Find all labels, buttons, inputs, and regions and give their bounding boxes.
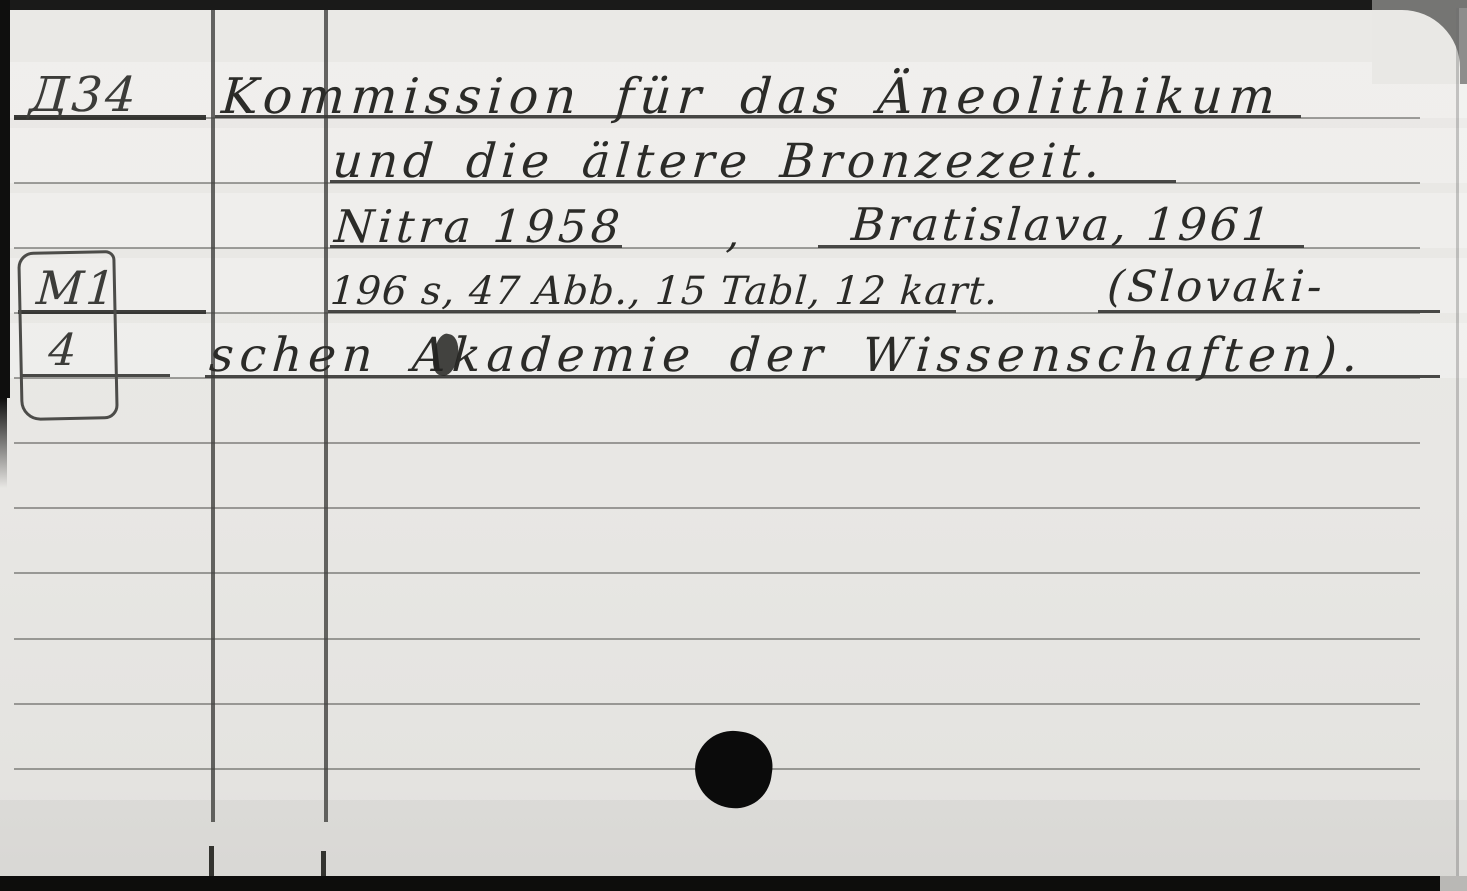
scan-bottom-border-end (1440, 876, 1467, 891)
rule-line (14, 572, 1420, 574)
column-rule-left (211, 10, 215, 822)
rule-line (14, 442, 1420, 444)
scan-shadow (0, 800, 1467, 876)
column-rule-stub (209, 846, 214, 877)
rule-line (14, 638, 1420, 640)
scan-bottom-border (0, 876, 1440, 891)
entry-heading: Kommission für das Äneolithikum (220, 72, 1283, 121)
entry-imprint-place2: Bratislava, 1961 (850, 202, 1275, 247)
column-rule-stub (321, 851, 326, 877)
entry-imprint-place1: Nitra 1958 (333, 204, 625, 249)
rule-line (14, 507, 1420, 509)
entry-series-continued: schen Akademie der Wissenschaften). (208, 332, 1365, 379)
call-number: Д34 (28, 71, 140, 119)
entry-title-continued: und die ältere Bronzezeit. (331, 138, 1106, 185)
shelf-mark-bottom: 4 (47, 329, 78, 373)
scan-left-border (0, 0, 10, 398)
shelf-mark-top: M1 (35, 265, 119, 311)
entry-series-open: (Slovaki- (1106, 266, 1326, 309)
catalog-card-scan: Д34 M1 4 Kommission für das Äneolithikum… (0, 0, 1467, 891)
scan-right-margin (1459, 8, 1467, 878)
entry-collation: 196 s, 47 Abb., 15 Tabl, 12 kart. (329, 272, 1000, 311)
scan-left-border-fade (0, 398, 7, 488)
column-rule-right (324, 10, 328, 822)
scan-top-border (0, 0, 1377, 10)
rule-line (14, 703, 1420, 705)
